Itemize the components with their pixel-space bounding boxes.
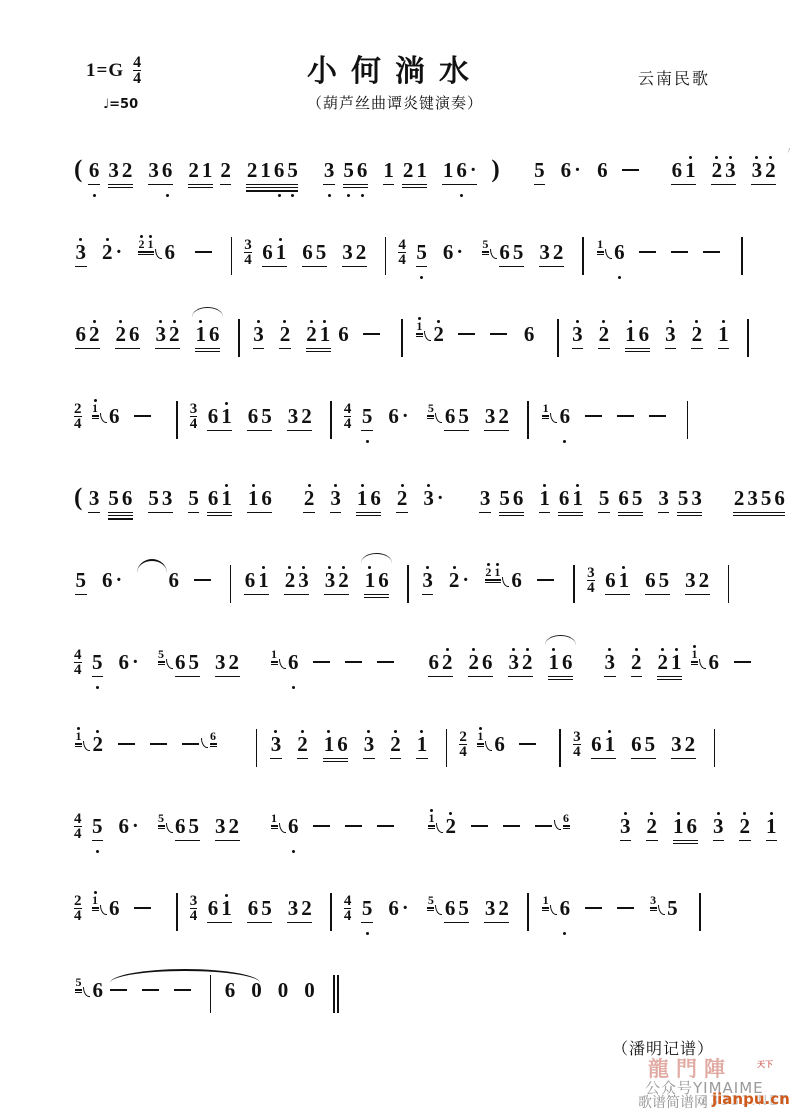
note-digit: 6 [175,651,186,674]
note-group: 32 [286,888,313,938]
note-digit: 6 [494,733,505,756]
octave-dot [420,276,423,279]
note-char: 2 [395,478,409,528]
ts-numerator: 4 [344,895,352,908]
note-char: 3 [750,150,764,200]
beam-line [207,515,232,517]
note-digit: 3 [650,894,656,906]
grace-note: 5 [426,396,435,422]
dash [118,724,135,745]
note-digit: 6 [208,487,219,510]
note-digit: 6 [513,487,524,510]
time-signature: 34 [587,567,595,595]
note-digit: 2 [89,323,100,346]
note-group: 65 [174,806,201,856]
note-char: 0 [276,970,290,1020]
note-digit: 6 [614,241,625,264]
note-group: 6· [101,560,125,610]
barline [714,729,716,767]
grace-slur [279,823,286,833]
note-group: 16 [363,560,390,610]
note-group: 6 [287,642,301,692]
beam-line [428,825,435,827]
note-digit: 2 [469,651,480,674]
score: (63236212216535612116·)56·66123321632·21… [74,150,776,1052]
ts-numerator: 4 [74,649,82,662]
note-char: 6 [120,478,134,528]
sheet-music-page: 1=G 4 4 ♩=50 小何淌水 （葫芦丝曲谭炎键演奏） 云南民歌 (6323… [0,0,790,1112]
beam-line [215,676,240,678]
note-char: 6 [206,478,220,528]
note-group: 5 [666,888,680,938]
dash [734,642,751,663]
note-char: 6 [287,642,301,692]
note-digit: 1 [221,487,232,510]
note-char: 2 [497,396,511,446]
beam-line [158,664,165,666]
note-digit: 5 [188,487,199,510]
note-group: 16 [246,478,273,528]
grace-slur [424,331,431,341]
note-group: 32 [107,150,134,200]
aug-dot: · [574,159,581,182]
grace-note: 5 [74,970,83,996]
note-group: 16 [322,724,349,774]
note-digit: 3 [752,159,763,182]
note-group: 32 [483,396,510,446]
note-group: 65 [498,232,525,282]
note-char: 3 [724,150,738,200]
score-line: 32·216346165324456·5653216 [74,232,776,280]
note-char: 3 [478,478,492,528]
beam-line [442,184,477,186]
note-digit: 5 [158,648,164,660]
note-digit: 1 [271,648,277,660]
note-char: 1 [441,150,455,200]
beam-line [711,184,736,186]
beam-line [356,515,381,517]
dash [174,970,191,991]
beam-line [364,594,389,596]
note-char: 5 [91,642,105,692]
time-signature: 24 [74,895,82,923]
note-char: 1 [220,396,234,446]
beam-line [534,184,546,186]
score-line: 2416346165324456·5653216 [74,396,776,444]
note-group: 6 [108,888,122,938]
dash [363,314,380,335]
note-char: 3 [297,560,311,610]
beam-line [343,184,368,186]
note-char: 6 [443,396,457,446]
final-barline [329,970,339,1013]
note-char: 6 [108,888,122,938]
score-line: (3565356116231623·356161565353235656) [74,478,776,526]
grace-slur [100,905,107,915]
note-char: 6 [558,396,572,446]
beam-line [271,664,278,666]
note-char: 6 [644,560,658,610]
note-group: 32 [507,642,534,692]
note-digit: 6 [93,979,104,1002]
beam-line [271,825,278,827]
note-digit: 1 [692,648,698,660]
grace-slur [658,905,665,915]
note-digit: 3 [671,733,682,756]
note-char: 2 [401,150,415,200]
beam-line [618,512,643,514]
note-group: 0 [250,970,264,1020]
note-digit: 5 [189,815,200,838]
note-char: 5 [597,478,611,528]
note-digit: 3 [509,651,520,674]
note-with-grace: 16 [476,724,507,774]
note-group: 3 [664,314,678,364]
note-group: 3· [422,478,446,528]
dash [585,888,602,909]
note-group: 21 [656,642,683,692]
note-char: 5 [187,806,201,856]
note-char: 2 [168,314,182,364]
note-digit: 2 [297,733,308,756]
beam-line [155,348,180,350]
note-digit: 2 [485,566,491,578]
time-signature: 44 [344,403,352,431]
beam-line [766,840,778,842]
note-char: 6 [558,888,572,938]
barline [559,729,561,767]
note-digit: 5 [482,238,488,250]
note-char: 2 [114,314,128,364]
note-group: 32 [214,806,241,856]
note-group: 61 [206,396,233,446]
note-char: 6 [260,478,274,528]
note-group: 2 [432,314,446,364]
beam-line [477,746,484,748]
note-digit: 1 [271,812,277,824]
note-digit: 2 [301,897,312,920]
note-char: 5 [74,560,88,610]
note-group: 2 [278,314,292,364]
note-group: 16 [547,642,574,692]
ts-numerator: 3 [190,403,198,416]
note-with-grace: 12 [427,806,458,856]
beam-line [597,251,604,253]
beam-line [195,348,220,350]
note-char: · [131,806,141,856]
beam-line [390,758,402,760]
note-group: 23 [710,150,737,200]
note-digit: 3 [480,487,491,510]
grace-note: 1 [596,232,605,258]
rest: 0 [251,979,262,1002]
note-digit: 6 [445,405,456,428]
time-signature: 44 [344,895,352,923]
note-group: 2 [690,314,704,364]
note-char: · [573,150,583,200]
octave-dot [563,932,566,935]
note-digit: 6 [631,733,642,756]
note-digit: 2 [740,815,751,838]
note-digit: 6 [119,815,130,838]
beam-line [324,594,349,596]
tie-arc [192,307,223,317]
beam-line [484,922,509,924]
note-group: 16 [624,314,651,364]
octave-dot [292,850,295,853]
note-with-grace: 216 [137,232,177,282]
note-digit: 1 [597,238,603,250]
note-digit: 2 [356,241,367,264]
note-digit: 1 [202,159,213,182]
beam-line [542,415,549,417]
note-digit: 5 [428,402,434,414]
note-char: 3 [619,806,633,856]
note-digit: 6 [162,159,173,182]
note-digit: 3 [691,487,702,510]
note-digit: 3 [605,651,616,674]
note-char: 6 [301,232,315,282]
note-char: 6 [596,150,610,200]
note-char: 6 [160,150,174,200]
note-digit: 6 [262,241,273,264]
barline [557,319,559,357]
dash: 6 [535,806,584,832]
note-char: 6 [243,560,257,610]
grace-slur [436,823,443,833]
note-char: 6 [387,888,401,938]
note-digit: 6 [210,730,216,742]
note-group: 2 [302,478,316,528]
note-digit: 6 [618,487,629,510]
beam-line [108,184,133,186]
beam-line [207,512,232,514]
note-char: · [435,478,445,528]
note-char: 3 [323,560,337,610]
beam-line [92,415,99,417]
note-digit: 2 [712,159,723,182]
ts-numerator: 3 [587,567,595,580]
beam-line [542,418,549,420]
beam-line [207,430,232,432]
note-digit: 6 [288,651,299,674]
note-digit: 6 [122,487,133,510]
grace-note: 1 [91,396,100,422]
note-digit: 1 [92,402,98,414]
note-char: 3 [571,314,585,364]
note-char: 1 [684,150,698,200]
dash [671,232,688,253]
dash [537,560,554,581]
beam-line [427,907,434,909]
note-with-grace: 16 [541,396,572,446]
octave-dot [347,194,350,197]
note-char: 3 [286,888,300,938]
note-digit: 6 [109,405,120,428]
note-digit: 3 [485,405,496,428]
note-digit: 2 [449,569,460,592]
beam-line [108,518,133,520]
note-group: 32 [750,150,777,200]
note-digit: 6 [499,241,510,264]
beam-line [306,351,331,353]
note-group: 5 [360,888,374,938]
barline [230,565,232,603]
dash [585,396,602,417]
note-char: 1 [259,150,273,200]
note-char: 2 [337,560,351,610]
note-char: 6 [337,314,351,364]
note-digit: 2 [116,323,127,346]
note-char: 6 [377,560,391,610]
note-digit: 5 [362,897,373,920]
note-char: 6 [336,724,350,774]
dash [150,724,167,745]
beam-line [271,661,278,663]
beam-line [428,676,453,678]
note-char: 2 [300,396,314,446]
note-char: 2 [697,560,711,610]
note-digit: 6 [591,733,602,756]
note-char: 2 [302,478,316,528]
watermark-seal: 天下 [757,1060,775,1069]
octave-dot [93,194,96,197]
beam-line [563,825,570,827]
beam-line [402,187,427,189]
grace-slur [550,905,557,915]
beam-line [108,515,133,517]
grace-note: 6 [562,806,571,832]
note-group: 3 [712,806,726,856]
note-char: 3 [362,724,376,774]
note-char: 6 [223,970,237,1020]
beam-line [148,512,173,514]
note-digit: 3 [713,815,724,838]
note-char: 6 [206,396,220,446]
note-char: 6 [441,232,455,282]
ts-numerator: 3 [573,731,581,744]
note-digit: 5 [416,241,427,264]
beam-line [542,910,549,912]
dash [639,232,656,253]
note-digit: 5 [513,241,524,264]
note-digit: 1 [417,733,428,756]
note-char: 1 [257,560,271,610]
beam-line [499,266,524,268]
note-digit: 2 [301,405,312,428]
note-char: 2 [732,478,746,528]
beam-line [416,336,423,338]
note-digit: 6 [169,569,180,592]
note-char: · [131,642,141,692]
note-with-grace: 16 [91,396,122,446]
note-group: 3 [87,478,101,528]
note-digit: 1 [494,566,500,578]
dash [649,396,666,417]
aug-dot: · [116,569,123,592]
note-digit: 5 [343,159,354,182]
note-char: 2 [630,642,644,692]
grace-slur [485,741,492,751]
beam-line [718,348,730,350]
ts-denominator: 4 [398,252,406,267]
time-signature: 44 [74,649,82,677]
barline [699,893,701,931]
time-signature: 34 [190,895,198,923]
beam-line [270,758,282,760]
grace-note: 5 [157,806,166,832]
beam-line [542,907,549,909]
note-digit: 5 [316,241,327,264]
beam-line [444,922,469,924]
dash [194,560,211,581]
note-char: 1 [363,560,377,610]
beam-line [158,825,165,827]
note-group: 6 [707,642,721,692]
dash [377,806,394,827]
note-char: 6 [511,478,525,528]
note-digit: 3 [572,323,583,346]
note-group: 65 [630,724,657,774]
barline [573,565,575,603]
note-group: 2 [389,724,403,774]
note-char: 6 [510,560,524,610]
time-signature: 34 [190,403,198,431]
beam-line [75,746,82,748]
note-group: 0 [276,970,290,1020]
note-digit: 2 [403,159,414,182]
grace-note: 1 [270,806,279,832]
octave-dot [166,194,169,197]
note-digit: 3 [324,159,335,182]
note-char: 1 [382,150,396,200]
grace-slur [155,249,162,259]
note-digit: 5 [92,651,103,674]
note-digit: 2 [442,651,453,674]
note-char: 6 [117,806,131,856]
note-group: 32 [214,642,241,692]
note-digit: 3 [325,569,336,592]
note-char: 6 [670,150,684,200]
dash [142,970,159,991]
grace-slur [699,659,706,669]
grace-slur [435,413,442,423]
note-char: 1 [624,314,638,364]
note-digit: 5 [761,487,772,510]
note-char: 2 [245,150,259,200]
note-group: 65 [644,560,671,610]
score-line: (63236212216535612116·)56·661233216 [74,150,776,198]
note-char: 6 [261,232,275,282]
note-char: 6 [522,314,536,364]
note-group: 6 [510,560,524,610]
beam-line [108,187,133,189]
dash [471,806,488,827]
note-digit: 2 [102,241,113,264]
note-digit: 6 [563,812,569,824]
note-group: 53 [676,478,703,528]
note-digit: 2 [647,815,658,838]
note-char: 2 [120,150,134,200]
note-group: 65 [246,396,273,446]
barline [446,729,448,767]
note-digit: 2 [397,487,408,510]
note-group: 2 [395,478,409,528]
note-digit: 1 [248,487,259,510]
beam-line [158,661,165,663]
note-group: 6 [596,150,610,200]
note-digit: 1 [416,159,427,182]
